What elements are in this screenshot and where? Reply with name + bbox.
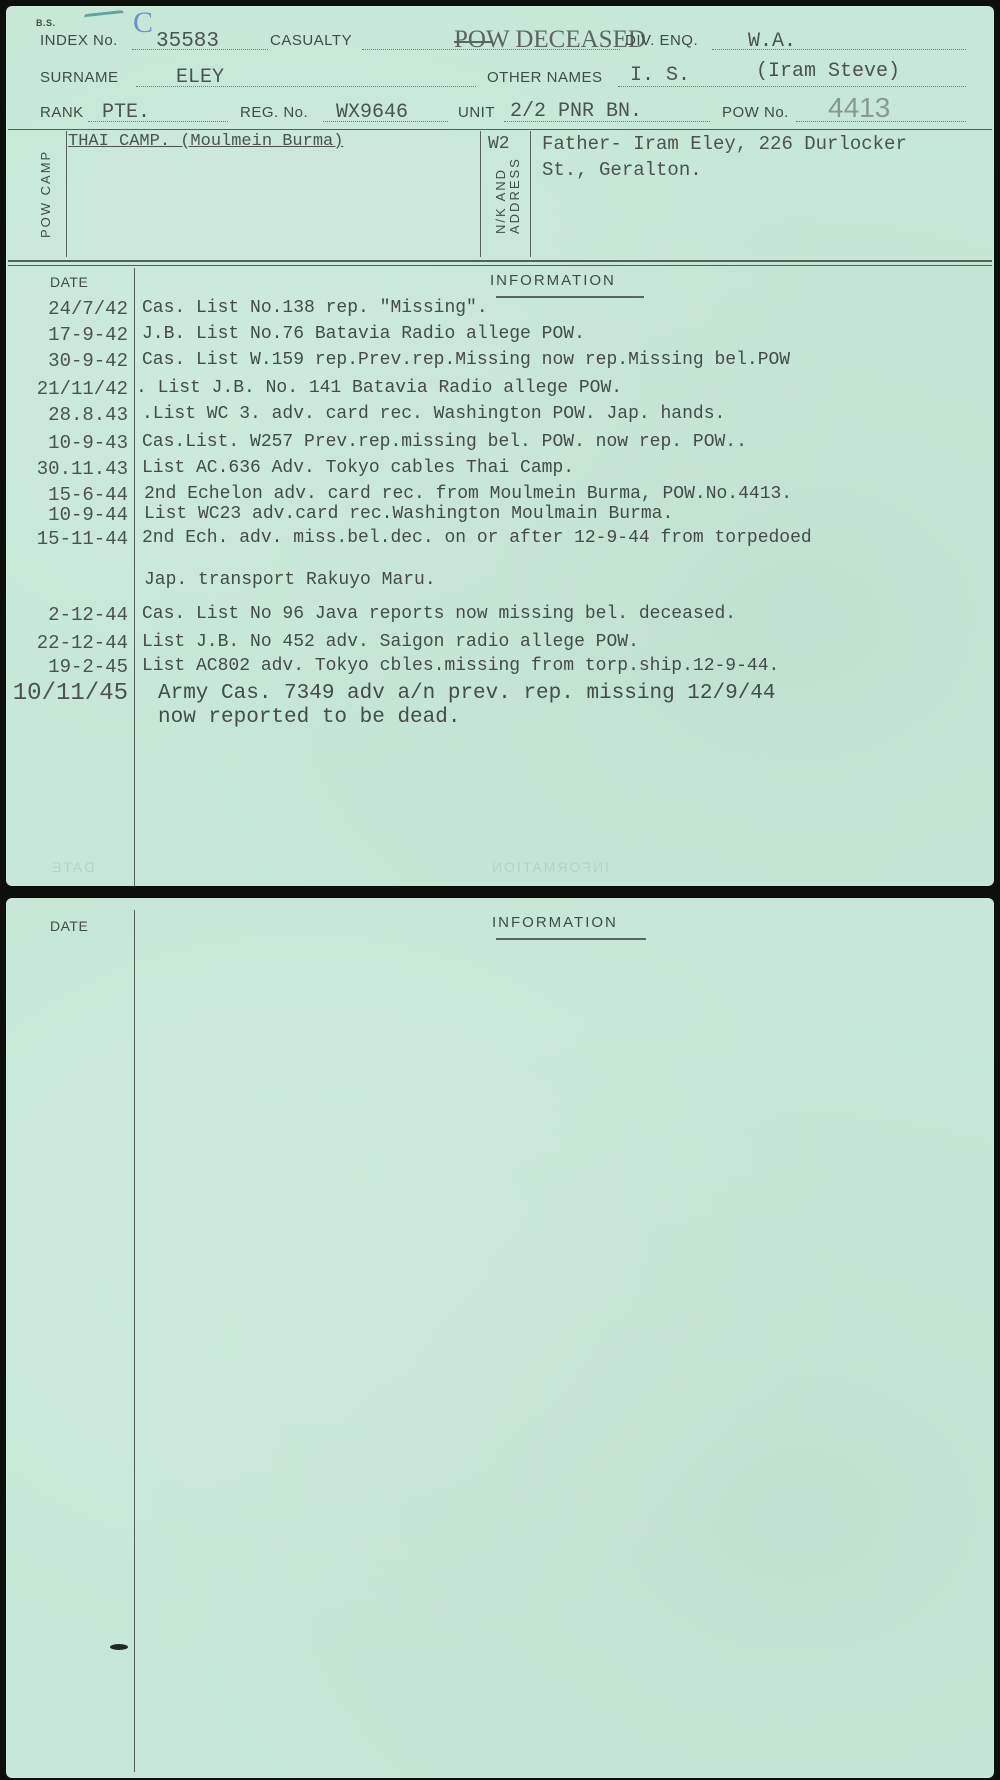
bs-label: B.S. [36,18,56,28]
pow-camp-label: POW CAMP [38,150,53,238]
ink-blot [110,1644,128,1650]
rank-label: RANK [40,104,84,121]
info-header-underline [496,296,644,298]
back-info-header-underline [496,938,646,940]
nk-divider-left [480,131,481,257]
entry-date: 22-12-44 [6,632,128,654]
entry-date: 10-9-43 [6,432,128,454]
index-value: 35583 [156,30,219,53]
entry-information: List AC802 adv. Tokyo cbles.missing from… [142,656,779,676]
index-label: INDEX No. [40,32,118,49]
entry-information: .List WC 3. adv. card rec. Washington PO… [142,404,725,424]
entry-information: Cas. List No 96 Java reports now missing… [142,604,736,624]
showthrough-info: INFORMATION [490,859,609,875]
entry-date: 10-9-44 [6,504,128,526]
section-divider-1 [8,260,992,262]
casualty-label: CASUALTY [270,32,352,49]
header-divider [8,129,992,130]
entry-date: 30.11.43 [6,458,128,480]
entry-information: Cas.List. W257 Prev.rep.missing bel. POW… [142,432,747,452]
nk-divider-right [530,131,531,257]
entry-date: 28.8.43 [6,404,128,426]
nk-address-label: N/K AND ADDRESS [494,154,522,234]
pow-no-label: POW No. [722,104,789,121]
entry-date: 19-2-45 [6,656,128,678]
entry-date: 15-11-44 [6,528,128,550]
date-header: DATE [50,274,88,290]
entry-information: 2nd Ech. adv. miss.bel.dec. on or after … [142,528,812,548]
entry-date: 17-9-42 [6,324,128,346]
entry-date: 30-9-42 [6,350,128,372]
other-names-label: OTHER NAMES [487,69,603,86]
entry-date: 21/11/42 [6,378,128,400]
entry-information: List WC23 adv.card rec.Washington Moulma… [144,504,673,524]
showthrough-date: DATE [50,859,94,875]
div-enq-label: DIV. ENQ. [625,32,698,49]
rank-value: PTE. [102,101,150,124]
back-info-header: INFORMATION [492,914,618,931]
nk-address-line1: Father- Iram Eley, 226 Durlocker [542,133,907,155]
pow-camp-value: THAI CAMP. (Moulmein Burma) [68,132,343,151]
date-column-divider [134,268,135,886]
section-divider-2 [8,265,992,266]
casualty-value: POW DECEASED [454,26,646,54]
pow-camp-divider [66,131,67,257]
info-header: INFORMATION [490,272,616,289]
other-names-extra: (Iram Steve) [756,60,900,83]
strike-pow [454,41,492,43]
surname-value: ELEY [176,66,224,89]
nk-code: W2 [488,134,510,154]
entry-date: 15-6-44 [6,484,128,506]
pen-mark [84,10,125,21]
entry-information: 2nd Echelon adv. card rec. from Moulmein… [144,484,792,504]
unit-label: UNIT [458,104,495,121]
back-date-header: DATE [50,918,88,934]
entry-information: . List J.B. No. 141 Batavia Radio allege… [136,378,622,398]
entry-date: 24/7/42 [6,298,128,320]
entry-information: List J.B. No 452 adv. Saigon radio alleg… [142,632,639,652]
surname-label: SURNAME [40,69,119,86]
entry-information: Cas. List No.138 rep. "Missing". [142,298,488,318]
back-date-column-divider [134,910,135,1772]
entry-information: now reported to be dead. [158,706,460,729]
pen-mark-c: C [133,6,153,40]
entry-information: J.B. List No.76 Batavia Radio allege POW… [142,324,585,344]
record-card-back: DATE INFORMATION [6,898,994,1778]
record-card-front: B.S. C INDEX No. 35583 CASUALTY POW DECE… [6,6,994,886]
unit-value: 2/2 PNR BN. [510,100,642,123]
reg-no-label: REG. No. [240,104,308,121]
pow-no-value: 4413 [828,92,890,124]
other-names-value: I. S. [630,64,690,87]
entry-information: Army Cas. 7349 adv a/n prev. rep. missin… [158,682,776,705]
div-enq-value: W.A. [748,30,796,53]
entry-information: List AC.636 Adv. Tokyo cables Thai Camp. [142,458,574,478]
entry-date: 2-12-44 [6,604,128,626]
entry-information: Cas. List W.159 rep.Prev.rep.Missing now… [142,350,790,370]
nk-address-line2: St., Geralton. [542,159,702,181]
reg-no-value: WX9646 [336,101,408,124]
entry-date: 10/11/45 [6,680,128,707]
entry-information: Jap. transport Rakuyo Maru. [144,570,436,590]
